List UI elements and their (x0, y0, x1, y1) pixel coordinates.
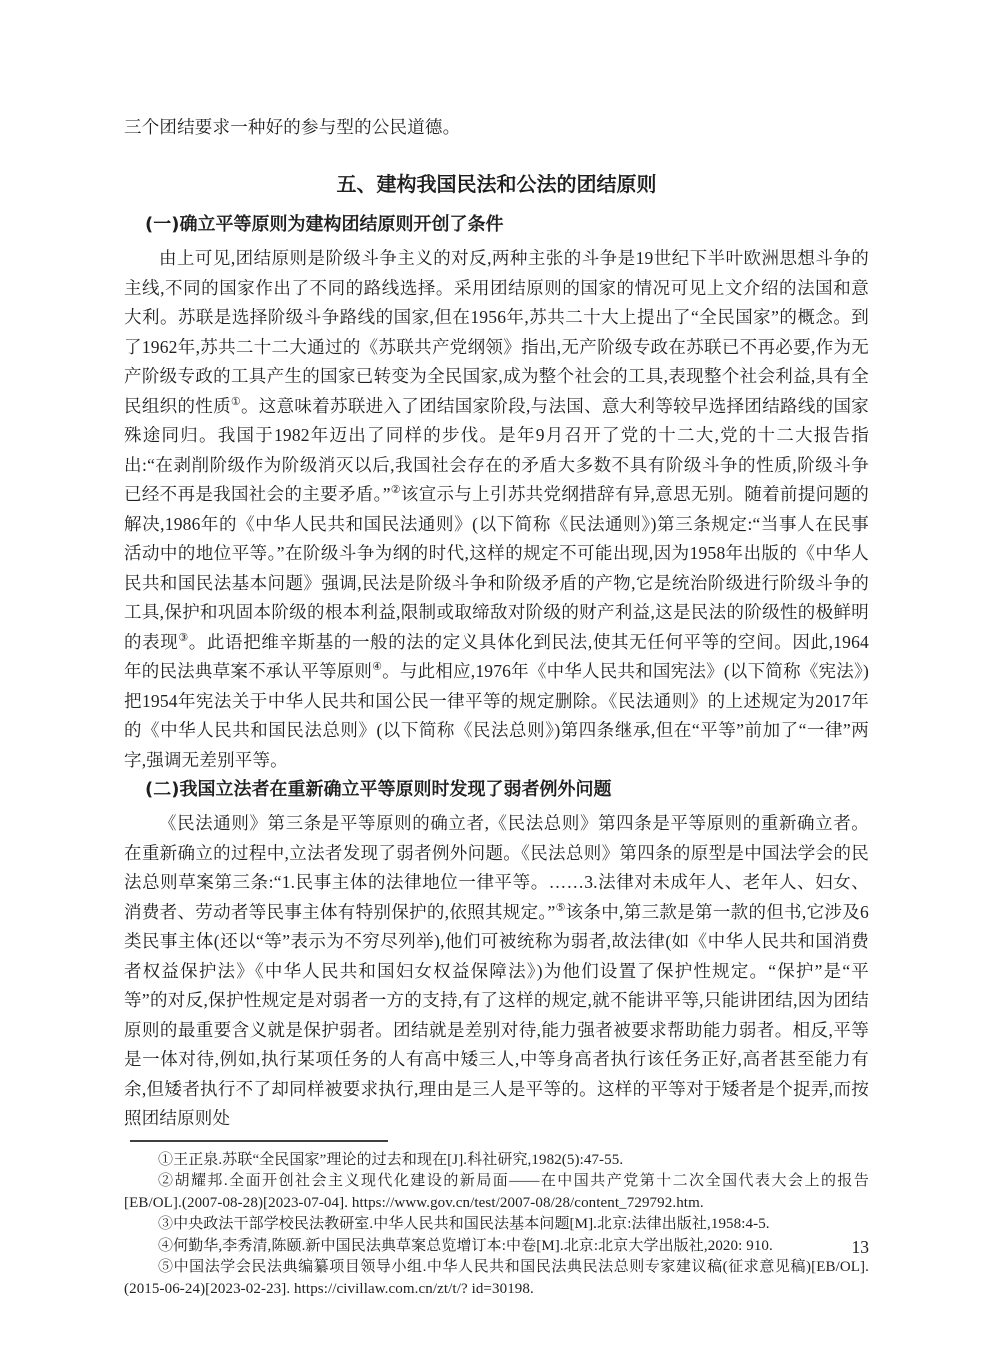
subsection-1-paragraph: 由上可见,团结原则是阶级斗争主义的对反,两种主张的斗争是19世纪下半叶欧洲思想斗… (124, 244, 869, 775)
section-heading: 五、建构我国民法和公法的团结原则 (124, 169, 869, 199)
page-content: 三个团结要求一种好的参与型的公民道德。 五、建构我国民法和公法的团结原则 (一)… (124, 112, 869, 1300)
footnote-1: ①王正泉.苏联“全民国家”理论的过去和现在[J].科社研究,1982(5):47… (124, 1150, 869, 1172)
footnote-5: ⑤中国法学会民法典编纂项目领导小组.中华人民共和国民法典民法总则专家建议稿(征求… (124, 1257, 869, 1300)
subsection-1-heading: (一)确立平等原则为建构团结原则开创了条件 (124, 212, 869, 238)
page-number: 13 (124, 1234, 869, 1260)
footnote-3: ③中央政法干部学校民法教研室.中华人民共和国民法基本问题[M].北京:法律出版社… (124, 1214, 869, 1236)
document-page: 三个团结要求一种好的参与型的公民道德。 五、建构我国民法和公法的团结原则 (一)… (0, 0, 1000, 1347)
subsection-2-paragraph: 《民法通则》第三条是平等原则的确立者,《民法总则》第四条是平等原则的重新确立者。… (124, 809, 869, 1134)
footnote-separator (130, 1140, 388, 1142)
continuation-paragraph: 三个团结要求一种好的参与型的公民道德。 (124, 112, 869, 142)
footnote-2: ②胡耀邦.全面开创社会主义现代化建设的新局面——在中国共产党第十二次全国代表大会… (124, 1171, 869, 1214)
subsection-2-heading: (二)我国立法者在重新确立平等原则时发现了弱者例外问题 (124, 777, 869, 803)
footnotes-section: ①王正泉.苏联“全民国家”理论的过去和现在[J].科社研究,1982(5):47… (124, 1140, 869, 1301)
